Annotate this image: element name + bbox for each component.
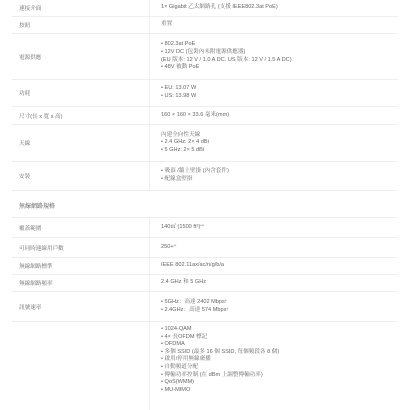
- spec-label: 按鈕: [12, 17, 150, 33]
- spec-label: 無線網路頻率: [12, 275, 150, 291]
- spec-value: 802.3at PoE 12V DC (包裝內未附電源供應器) (EU 版本: …: [150, 34, 398, 79]
- spec-row-power-consumption: 功耗 EU: 13.07 W US: 13.98 W: [12, 80, 398, 107]
- spec-value: 重置: [150, 17, 398, 33]
- spec-value: EU: 13.07 W US: 13.98 W: [150, 80, 398, 106]
- spec-row-interface: 連接介面 1× Gigabit 乙太網路孔 (支援 IEEE802.3at Po…: [12, 0, 398, 17]
- spec-label: 覆蓋範圍: [12, 218, 150, 237]
- spec-label: 電源供應: [12, 34, 150, 79]
- spec-label: 可同時連線用戶數: [12, 238, 150, 257]
- spec-label: 尺寸(長 x 寬 x 高): [12, 107, 150, 124]
- spec-value: 內建全向性天線 2.4 GHz: 2× 4 dBi 5 GHz: 2× 5 dB…: [150, 125, 398, 161]
- spec-label: 無線網路標準: [12, 258, 150, 274]
- spec-label: 連接介面: [12, 0, 150, 16]
- spec-row-button: 按鈕 重置: [12, 17, 398, 34]
- spec-row-power-supply: 電源供應 802.3at PoE 12V DC (包裝內未附電源供應器) (EU…: [12, 34, 398, 80]
- spec-label: 功耗: [12, 80, 150, 106]
- spec-label: 安裝: [12, 162, 150, 190]
- spec-row-antenna: 天線 內建全向性天線 2.4 GHz: 2× 4 dBi 5 GHz: 2× 5…: [12, 125, 398, 162]
- hardware-spec-table: 連接介面 1× Gigabit 乙太網路孔 (支援 IEEE802.3at Po…: [12, 0, 398, 191]
- spec-value: 1024-QAM 4× 長OFDM 標記 OFDMA 多個 SSID (最多 1…: [150, 322, 398, 410]
- spec-value: 140㎡ (1500 ft²)***: [150, 218, 398, 237]
- spec-value: 2.4 GHz 和 5 GHz: [150, 275, 398, 291]
- spec-label: 訊號速率: [12, 292, 150, 321]
- spec-value: 吸頂 /牆上壁掛 (內含套件) 配線盒壁掛: [150, 162, 398, 190]
- spec-row-features: 1024-QAM 4× 長OFDM 標記 OFDMA 多個 SSID (最多 1…: [12, 322, 398, 410]
- spec-row-concurrent-clients: 可同時連線用戶數 250+**: [12, 238, 398, 258]
- spec-value: 5GHz：高達 2402 Mbps† 2.4GHz：高達 574 Mbps†: [150, 292, 398, 321]
- spec-row-dimensions: 尺寸(長 x 寬 x 高) 160 × 160 × 33.6 毫米(mm): [12, 107, 398, 125]
- spec-row-signal-rate: 訊號速率 5GHz：高達 2402 Mbps† 2.4GHz：高達 574 Mb…: [12, 292, 398, 322]
- section-title-wireless: 無線網路規格: [19, 201, 55, 210]
- wireless-spec-table: 覆蓋範圍 140㎡ (1500 ft²)*** 可同時連線用戶數 250+** …: [12, 217, 398, 410]
- spec-row-coverage: 覆蓋範圍 140㎡ (1500 ft²)***: [12, 218, 398, 238]
- spec-value: 250+**: [150, 238, 398, 257]
- spec-value: IEEE 802.11ax/ac/n/g/b/a: [150, 258, 398, 274]
- spec-value: 1× Gigabit 乙太網路孔 (支援 IEEE802.3at PoE): [150, 0, 398, 16]
- spec-value: 160 × 160 × 33.6 毫米(mm): [150, 107, 398, 124]
- spec-label: 天線: [12, 125, 150, 161]
- spec-row-mounting: 安裝 吸頂 /牆上壁掛 (內含套件) 配線盒壁掛: [12, 162, 398, 191]
- spec-row-wireless-standard: 無線網路標準 IEEE 802.11ax/ac/n/g/b/a: [12, 258, 398, 275]
- spec-row-frequency: 無線網路頻率 2.4 GHz 和 5 GHz: [12, 275, 398, 292]
- spec-label: [12, 322, 150, 410]
